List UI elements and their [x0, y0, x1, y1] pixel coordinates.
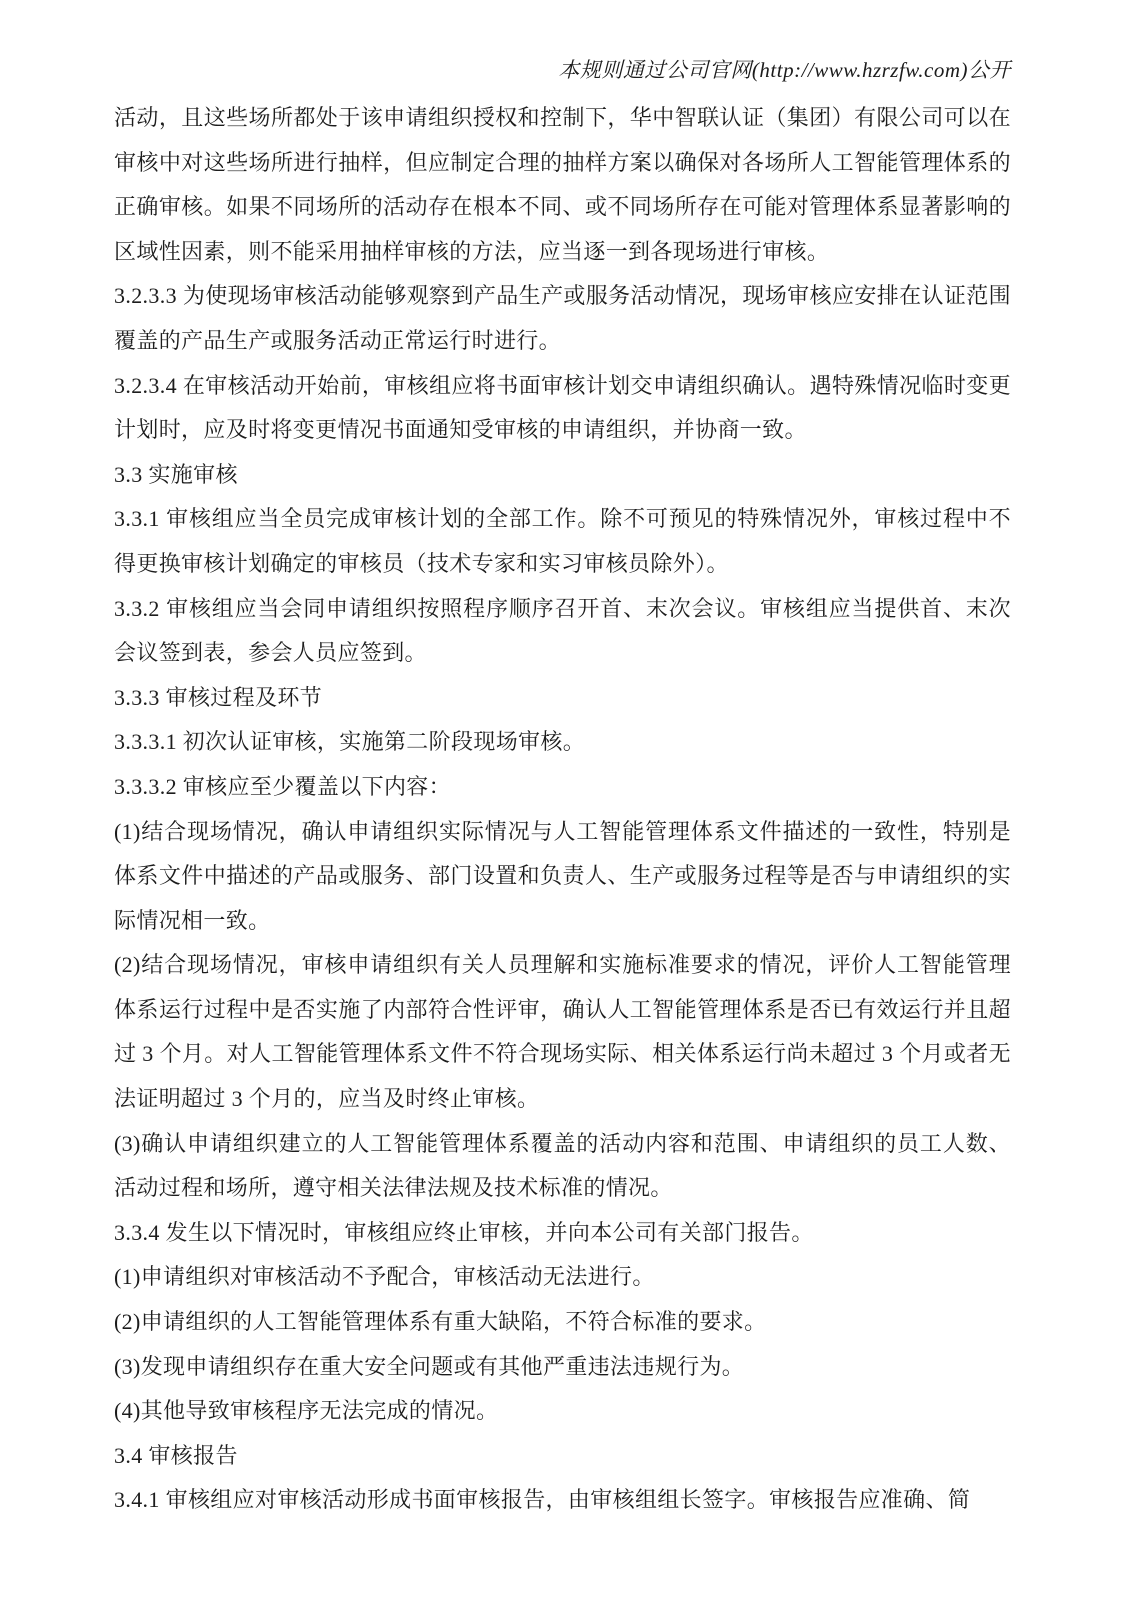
termination-item-4: (4)其他导致审核程序无法完成的情况。 [114, 1389, 1011, 1434]
document-body: 活动，且这些场所都处于该申请组织授权和控制下，华中智联认证（集团）有限公司可以在… [114, 96, 1011, 1523]
paragraph-intro-multisite: 活动，且这些场所都处于该申请组织授权和控制下，华中智联认证（集团）有限公司可以在… [114, 96, 1011, 274]
paragraph-3-2-3-3: 3.2.3.3 为使现场审核活动能够观察到产品生产或服务活动情况，现场审核应安排… [114, 274, 1011, 363]
termination-item-3: (3)发现申请组织存在重大安全问题或有其他严重违法违规行为。 [114, 1345, 1011, 1390]
termination-item-1: (1)申请组织对审核活动不予配合，审核活动无法进行。 [114, 1255, 1011, 1300]
paragraph-3-3-3-1: 3.3.3.1 初次认证审核，实施第二阶段现场审核。 [114, 720, 1011, 765]
list-item-3-scope: (3)确认申请组织建立的人工智能管理体系覆盖的活动内容和范围、申请组织的员工人数… [114, 1122, 1011, 1211]
paragraph-3-3-2: 3.3.2 审核组应当会同申请组织按照程序顺序召开首、末次会议。审核组应当提供首… [114, 587, 1011, 676]
paragraph-3-4-1: 3.4.1 审核组应对审核活动形成书面审核报告，由审核组组长签字。审核报告应准确… [114, 1478, 1011, 1523]
heading-3-3-3: 3.3.3 审核过程及环节 [114, 676, 1011, 721]
document-page: 本规则通过公司官网(http://www.hzrzfw.com)公开 活动，且这… [0, 0, 1131, 1600]
paragraph-3-3-1: 3.3.1 审核组应当全员完成审核计划的全部工作。除不可预见的特殊情况外，审核过… [114, 497, 1011, 586]
heading-3-3: 3.3 实施审核 [114, 453, 1011, 498]
paragraph-3-3-3-2: 3.3.3.2 审核应至少覆盖以下内容： [114, 765, 1011, 810]
termination-item-2: (2)申请组织的人工智能管理体系有重大缺陷，不符合标准的要求。 [114, 1300, 1011, 1345]
list-item-2-implementation: (2)结合现场情况，审核申请组织有关人员理解和实施标准要求的情况，评价人工智能管… [114, 943, 1011, 1121]
paragraph-3-2-3-4: 3.2.3.4 在审核活动开始前，审核组应将书面审核计划交申请组织确认。遇特殊情… [114, 364, 1011, 453]
heading-3-4: 3.4 审核报告 [114, 1434, 1011, 1479]
header-note: 本规则通过公司官网(http://www.hzrzfw.com)公开 [114, 54, 1011, 86]
list-item-1-consistency: (1)结合现场情况，确认申请组织实际情况与人工智能管理体系文件描述的一致性，特别… [114, 810, 1011, 944]
paragraph-3-3-4: 3.3.4 发生以下情况时，审核组应终止审核，并向本公司有关部门报告。 [114, 1211, 1011, 1256]
